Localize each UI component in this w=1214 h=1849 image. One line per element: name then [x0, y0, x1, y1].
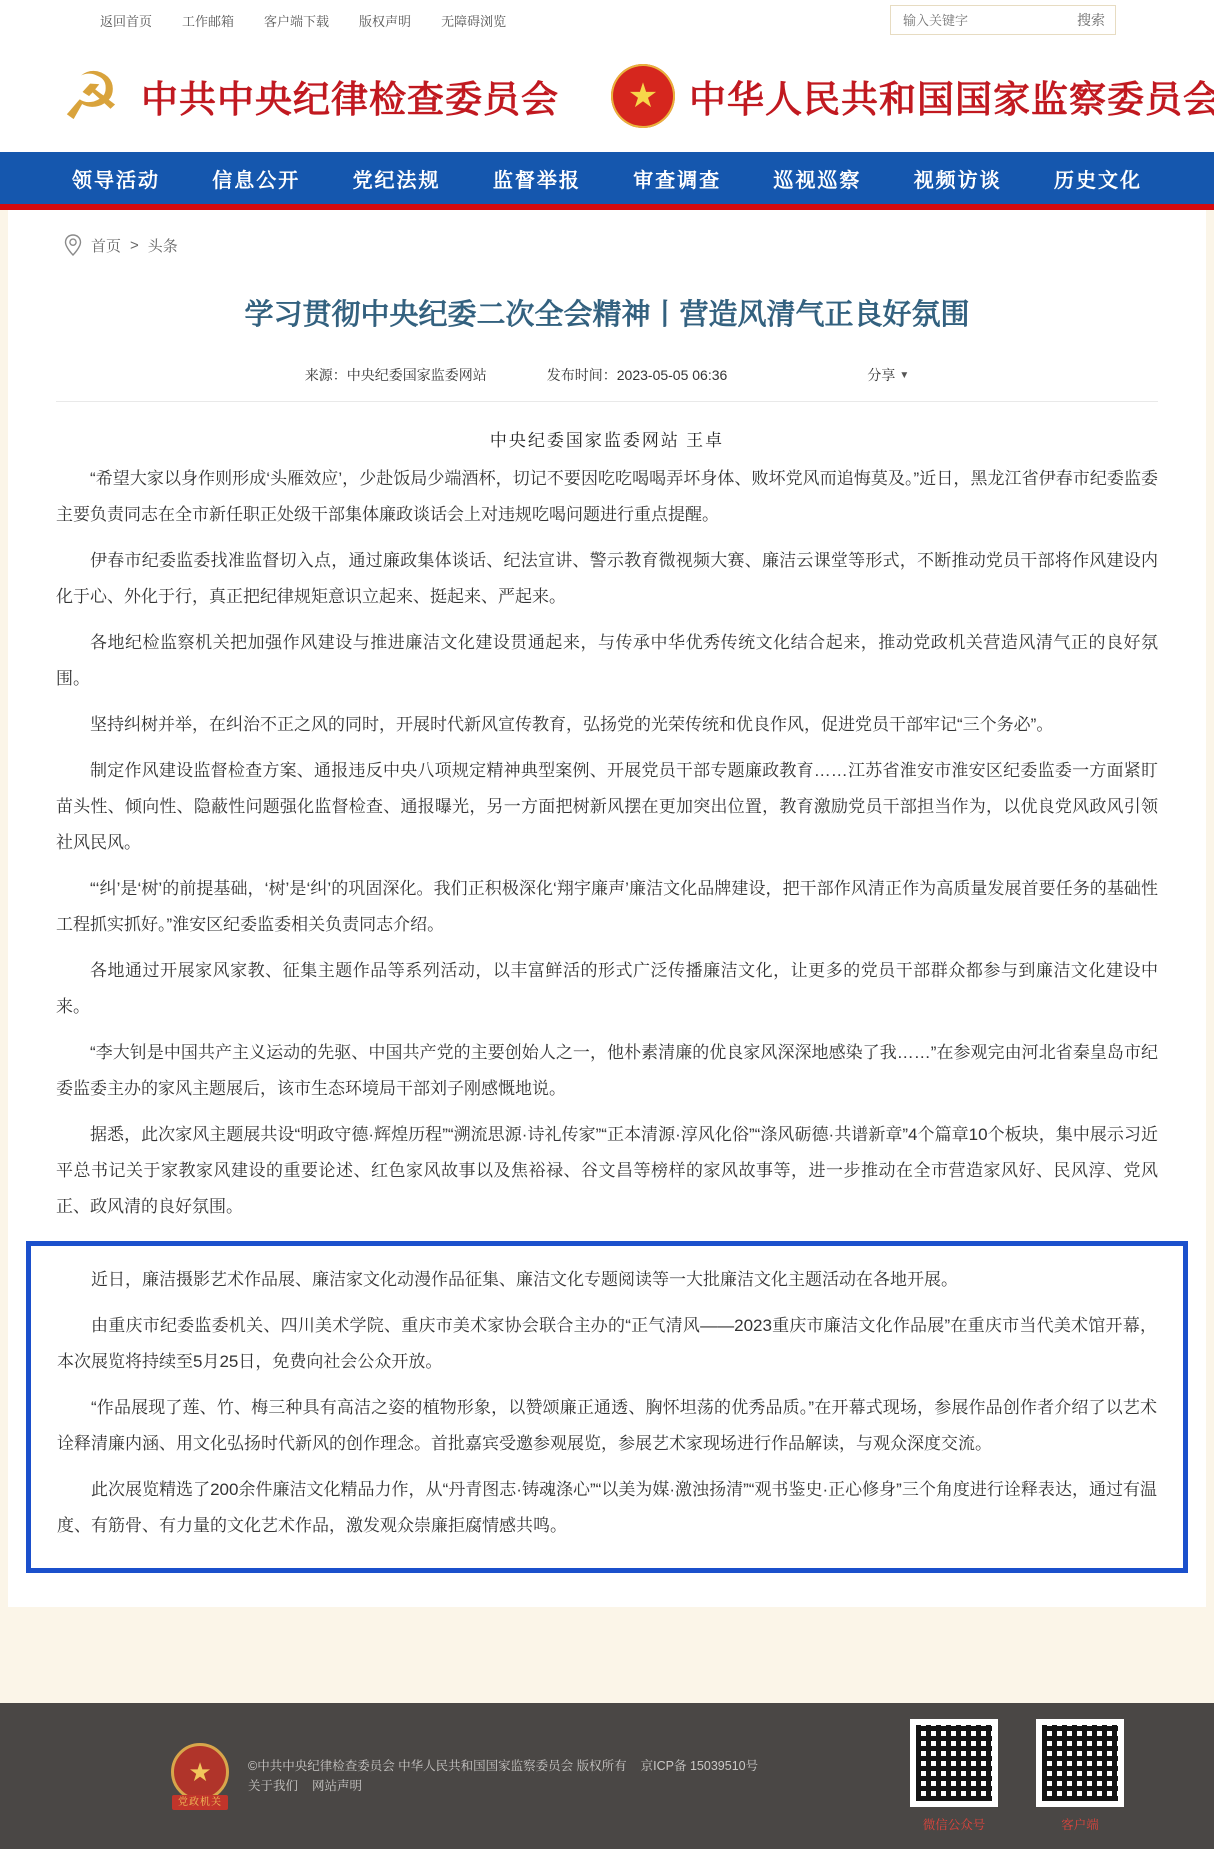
article-paragraph: 各地通过开展家风家教、征集主题作品等系列活动，以丰富鲜活的形式广泛传播廉洁文化，…: [56, 953, 1158, 1025]
wechat-qr-code: [910, 1719, 998, 1807]
search-input[interactable]: [901, 12, 1077, 29]
share-label: 分享: [867, 365, 895, 385]
highlight-paragraph: 近日，廉洁摄影艺术作品展、廉洁家文化动漫作品征集、廉洁文化专题阅读等一大批廉洁文…: [57, 1262, 1157, 1298]
ccdi-logo[interactable]: ☭ 中共中央纪律检查委员会: [55, 63, 559, 129]
article-title: 学习贯彻中央纪委二次全会精神丨营造风清气正良好氛围: [126, 296, 1088, 335]
topbar-link-work-mail[interactable]: 工作邮箱: [182, 11, 234, 30]
search-box: 搜索: [890, 5, 1116, 35]
topbar-link-client-download[interactable]: 客户端下载: [264, 11, 329, 30]
article-paragraph: “‘纠’是‘树’的前提基础，‘树’是‘纠’的巩固深化。我们正积极深化‘翔宇廉声’…: [56, 871, 1158, 943]
cream-spacer: [0, 1607, 1214, 1703]
article-byline: 中央纪委国家监委网站 王卓: [56, 426, 1158, 451]
article-card: 首页 > 头条 学习贯彻中央纪委二次全会精神丨营造风清气正良好氛围 来源：中央纪…: [8, 210, 1206, 1607]
source-value: 中央纪委国家监委网站: [347, 367, 487, 383]
ccdi-title: 中共中央纪律检查委员会: [141, 69, 559, 123]
share-button[interactable]: 分享 ▼: [867, 365, 909, 385]
article-paragraph: 各地纪检监察机关把加强作风建设与推进廉洁文化建设贯通起来，与传承中华优秀传统文化…: [56, 625, 1158, 697]
location-pin-icon: [64, 234, 82, 256]
footer-text: ©中共中央纪律检查委员会 中华人民共和国国家监察委员会 版权所有 京ICP备 1…: [248, 1756, 808, 1796]
national-emblem-icon: ★: [611, 64, 675, 128]
breadcrumb-current[interactable]: 头条: [148, 235, 178, 256]
topbar-link-copyright-notice[interactable]: 版权声明: [359, 11, 411, 30]
app-qr-code: [1036, 1719, 1124, 1807]
footer-link-about-us[interactable]: 关于我们: [248, 1776, 298, 1796]
main-nav: 领导活动 信息公开 党纪法规 监督举报 审查调查 巡视巡察 视频访谈 历史文化: [0, 152, 1214, 204]
article-paragraph: 坚持纠树并举，在纠治不正之风的同时，开展时代新风宣传教育，弘扬党的光荣传统和优良…: [56, 707, 1158, 743]
nav-item-leadership-activities[interactable]: 领导活动: [72, 164, 160, 193]
highlight-paragraph: 由重庆市纪委监委机关、四川美术学院、重庆市美术家协会联合主办的“正气清风——20…: [57, 1308, 1157, 1380]
nsc-title: 中华人民共和国国家监察委员会: [689, 69, 1214, 123]
gov-badge-label: 党政机关: [172, 1795, 228, 1810]
nav-item-supervision-report[interactable]: 监督举报: [493, 164, 581, 193]
qr-code-group: 微信公众号 客户端: [910, 1719, 1124, 1833]
site-footer: ★ 党政机关 ©中共中央纪律检查委员会 中华人民共和国国家监察委员会 版权所有 …: [0, 1703, 1214, 1849]
article-body: “希望大家以身作则形成‘头雁效应’，少赴饭局少端酒杯，切记不要因吃吃喝喝弄坏身体…: [56, 461, 1158, 1225]
wechat-qr-label: 微信公众号: [923, 1815, 986, 1833]
topbar-links: 返回首页 工作邮箱 客户端下载 版权声明 无障碍浏览: [100, 11, 506, 30]
highlight-paragraph: 此次展览精选了200余件廉洁文化精品力作，从“丹青图志·铸魂涤心”“以美为媒·激…: [57, 1472, 1157, 1544]
article-paragraph: “李大钊是中国共产主义运动的先驱、中国共产党的主要创始人之一，他朴素清廉的优良家…: [56, 1035, 1158, 1107]
nav-item-inspection-tours[interactable]: 巡视巡察: [773, 164, 861, 193]
article-meta: 来源：中央纪委国家监委网站 发布时间：2023-05-05 06:36 分享 ▼: [56, 365, 1158, 402]
footer-copyright: ©中共中央纪律检查委员会 中华人民共和国国家监察委员会 版权所有: [248, 1756, 627, 1776]
article-paragraph: 伊春市纪委监委找准监督切入点，通过廉政集体谈话、纪法宣讲、警示教育微视频大赛、廉…: [56, 543, 1158, 615]
article-source: 来源：中央纪委国家监委网站: [305, 365, 487, 385]
top-utility-bar: 返回首页 工作邮箱 客户端下载 版权声明 无障碍浏览 搜索: [0, 0, 1214, 40]
article-publish-time: 发布时间：2023-05-05 06:36: [547, 365, 728, 385]
nav-item-history-culture[interactable]: 历史文化: [1054, 164, 1142, 193]
footer-icp-number: 京ICP备 15039510号: [641, 1756, 758, 1776]
breadcrumb: 首页 > 头条: [56, 226, 1158, 270]
breadcrumb-home[interactable]: 首页: [91, 235, 121, 256]
search-button[interactable]: 搜索: [1077, 10, 1105, 30]
wechat-qr-column: 微信公众号: [910, 1719, 998, 1833]
article-paragraph: 制定作风建设监督检查方案、通报违反中央八项规定精神典型案例、开展党员干部专题廉政…: [56, 753, 1158, 861]
source-label: 来源：: [305, 367, 347, 383]
gov-badge-emblem: ★: [171, 1743, 229, 1801]
gov-agency-badge-icon: ★ 党政机关: [168, 1743, 232, 1810]
site-header: ☭ 中共中央纪律检查委员会 ★ 中华人民共和国国家监察委员会: [0, 40, 1214, 152]
party-emblem-icon: ☭: [55, 63, 127, 129]
time-label: 发布时间：: [547, 367, 617, 383]
nav-item-video-interviews[interactable]: 视频访谈: [914, 164, 1002, 193]
time-value: 2023-05-05 06:36: [617, 367, 728, 383]
footer-link-site-statement[interactable]: 网站声明: [312, 1776, 362, 1796]
share-dropdown-caret-icon: ▼: [899, 370, 909, 381]
topbar-link-home[interactable]: 返回首页: [100, 11, 152, 30]
nav-item-information-disclosure[interactable]: 信息公开: [212, 164, 300, 193]
nav-item-review-investigation[interactable]: 审查调查: [633, 164, 721, 193]
app-qr-column: 客户端: [1036, 1719, 1124, 1833]
article-paragraph: 据悉，此次家风主题展共设“明政守德·辉煌历程”“溯流思源·诗礼传家”“正本清源·…: [56, 1117, 1158, 1225]
topbar-link-accessibility[interactable]: 无障碍浏览: [441, 11, 506, 30]
app-qr-label: 客户端: [1061, 1815, 1099, 1833]
highlight-paragraph: “作品展现了莲、竹、梅三种具有高洁之姿的植物形象，以赞颂廉正通透、胸怀坦荡的优秀…: [57, 1390, 1157, 1462]
nsc-logo[interactable]: ★ 中华人民共和国国家监察委员会: [611, 64, 1214, 128]
nav-item-party-discipline-laws[interactable]: 党纪法规: [353, 164, 441, 193]
highlighted-section: 近日，廉洁摄影艺术作品展、廉洁家文化动漫作品征集、廉洁文化专题阅读等一大批廉洁文…: [26, 1241, 1188, 1573]
breadcrumb-separator: >: [130, 237, 139, 254]
article-paragraph: “希望大家以身作则形成‘头雁效应’，少赴饭局少端酒杯，切记不要因吃吃喝喝弄坏身体…: [56, 461, 1158, 533]
